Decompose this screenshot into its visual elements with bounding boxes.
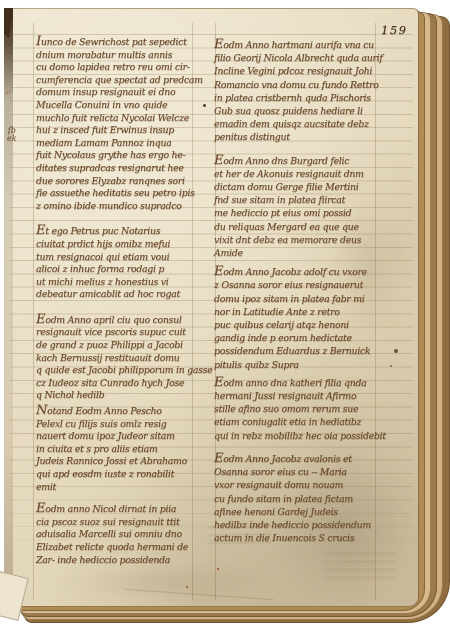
- ink-speck: [217, 568, 219, 570]
- manuscript-line: ciuitat prdict hijs omibz mefui: [36, 239, 208, 252]
- manuscript-line: Amide: [214, 247, 384, 260]
- folio-number: 159: [381, 23, 407, 37]
- ruled-vertical-line: [33, 23, 34, 600]
- manuscript-paragraph: Eodm anno Nicol dirnat in piiacia pscoz …: [36, 503, 208, 567]
- manuscript-line: cz Iudeoz sita Cunrado hych Jose: [36, 378, 208, 391]
- manuscript-line: z omino ibide mundico supradco: [36, 201, 208, 214]
- margin-annotation: ar: [5, 89, 12, 97]
- ink-speck: [186, 586, 188, 588]
- manuscript-line: vixit dnt debz ea memorare deus: [214, 234, 384, 247]
- manuscript-line: fnd sue sitam in platea fiircat: [214, 194, 384, 207]
- manuscript-line: gandig inde p eorum hedictate: [214, 332, 384, 345]
- manuscript-line: Eodm anno Nicol dirnat in piia: [36, 503, 208, 517]
- manuscript-line: Mucella Conuini in vno quide: [36, 100, 208, 113]
- manuscript-line: qui in rebz mobilibz hec oia possidebit: [214, 430, 384, 443]
- manuscript-line: alicoi z inhuc forma rodagi p: [36, 264, 208, 277]
- manuscript-line: ditates supradcas resignarut hee: [36, 163, 208, 176]
- manuscript-line: Et ego Petrus puc Notarius: [36, 225, 208, 239]
- manuscript-line: Eodm Anno hartmani aurifa vna cu: [214, 38, 384, 52]
- manuscript-paragraph: Notand Eodm Anno PeschoPelexl cu filijs …: [36, 405, 208, 494]
- manuscript-line: tum resignacoi qui etiam voui: [36, 252, 208, 265]
- parchment-crease: [124, 589, 274, 600]
- manuscript-line: actum in die Inuencois S crucis: [214, 532, 384, 545]
- manuscript-line: Notand Eodm Anno Pescho: [36, 405, 208, 419]
- manuscript-line: Gub sua quosz puidens hediare li: [214, 105, 384, 118]
- manuscript-line: Eodm anno dna katheri filia qnda: [214, 376, 384, 390]
- manuscript-line: de grand z puoz Philippi a Jacobi: [36, 340, 208, 353]
- manuscript-line: Romancio vna domu cu fundo Rettro: [214, 79, 384, 92]
- manuscript-line: du reliquas Mergard ea que que: [214, 221, 384, 234]
- manuscript-line: nauert domu ipoz Judeor sitam: [36, 431, 208, 444]
- margin-note-bottom: ek: [7, 135, 17, 143]
- manuscript-line: nor in Latitudie Ante z retro: [214, 306, 384, 319]
- manuscript-line: emadin dem quisqz aucsitate debz: [214, 118, 384, 131]
- manuscript-line: Elizabet relicte quoda hermani de: [36, 542, 208, 555]
- manuscript-paragraph: Eodm Anno Jacobz avalonis etOsanna soror…: [214, 452, 384, 545]
- manuscript-paragraph: Iunco de Sewrichost pat sepedictdnium mo…: [36, 36, 208, 213]
- manuscript-line: dictam domu Gerge filie Mertini: [214, 181, 384, 194]
- manuscript-line: emit: [36, 482, 208, 495]
- manuscript-line: hedilbz inde hediccio possidendum: [214, 519, 384, 532]
- margin-note: ſb ek: [7, 127, 17, 143]
- manuscript-line: et her de Akonuis resignauit dnm: [214, 168, 384, 181]
- manuscript-line: puc quibus celarij atqz henoni: [214, 319, 384, 332]
- manuscript-line: possidendum Eduardus z Bernuick: [214, 345, 384, 358]
- manuscript-line: q quide est Jacobi philipporum in gasse: [36, 365, 208, 378]
- manuscript-line: kach Bernussij restituauit domu: [36, 353, 208, 366]
- manuscript-line: Zar- inde hediccio possidenda: [36, 555, 208, 568]
- manuscript-line: due sorores Elyzabz ranqnes sori: [36, 176, 208, 189]
- ink-speck: [394, 349, 398, 353]
- manuscript-line: fie assuethe heditatis seu petro ipis: [36, 188, 208, 201]
- manuscript-column-left: Iunco de Sewrichost pat sepedictdnium mo…: [36, 9, 208, 567]
- manuscript-column-right: Eodm Anno hartmani aurifa vna cufilio Ge…: [214, 9, 384, 545]
- manuscript-line: stille afino suo omom rerum sue: [214, 403, 384, 416]
- manuscript-line: Incline Vegini pdcoz resignauit Johi: [214, 65, 384, 78]
- manuscript-page: 159 ſb ek ar Iunco de Sewrichost pat sep…: [4, 8, 419, 607]
- manuscript-line: in ciuita et s pro aliis etiam: [36, 444, 208, 457]
- manuscript-line: etiam coniugalit etia in hediatibz: [214, 416, 384, 429]
- manuscript-line: penitus distingut: [214, 131, 384, 144]
- manuscript-line: pitulis quibz Supra: [214, 359, 384, 372]
- manuscript-line: z Osanna soror eius resignauerut: [214, 279, 384, 292]
- manuscript-line: Pelexl cu filijs suis omlz resig: [36, 419, 208, 432]
- manuscript-line: mediam Lamam Pannoz inqua: [36, 138, 208, 151]
- manuscript-line: dnium morabatur multis annis: [36, 50, 208, 63]
- manuscript-line: ut michi melius z honestius vi: [36, 277, 208, 290]
- manuscript-line: cu fundo sitam in platea fictam: [214, 493, 384, 506]
- manuscript-line: Judeis Rannico Jossi et Abrahamo: [36, 456, 208, 469]
- manuscript-line: q Nichol hedilb: [36, 390, 208, 403]
- manuscript-line: resignauit vice pscoris supuc cuit: [36, 327, 208, 340]
- manuscript-line: hermani Jussi resignauit Afirmo: [214, 390, 384, 403]
- manuscript-line: Osanna soror eius cu -- Maria: [214, 466, 384, 479]
- manuscript-photo: 159 ſb ek ar Iunco de Sewrichost pat sep…: [0, 0, 450, 626]
- manuscript-line: afinee henoni Gardej Judeis: [214, 506, 384, 519]
- manuscript-paragraph: Eodm Anno Jacobz adolf cu vxorez Osanna …: [214, 265, 384, 372]
- manuscript-line: hui z insced fuit Erwinus insup: [36, 125, 208, 138]
- manuscript-line: aduisalia Marcelli sui omniu dno: [36, 529, 208, 542]
- manuscript-line: domu ipoz sitam in platea fabr mi: [214, 293, 384, 306]
- manuscript-line: debeatur amicablit ad hoc rogat: [36, 289, 208, 302]
- manuscript-line: vxor resignauit domu nouam: [214, 479, 384, 492]
- manuscript-paragraph: Eodm Anno dns Burgard felicet her de Ako…: [214, 154, 384, 261]
- manuscript-line: filio Georij Nicola Albrecht quda aurif: [214, 52, 384, 65]
- manuscript-line: cu domo lapidea retro reu omi cir-: [36, 62, 208, 75]
- manuscript-line: Eodm Anno Jacobz adolf cu vxore: [214, 265, 384, 279]
- manuscript-line: qui apd eosdm iuste z ronabilit: [36, 469, 208, 482]
- ink-speck: [390, 365, 392, 367]
- manuscript-line: Eodm Anno Jacobz avalonis et: [214, 452, 384, 466]
- manuscript-line: cia pscoz suoz sui resignauit ttit: [36, 517, 208, 530]
- manuscript-paragraph: Eodm Anno hartmani aurifa vna cufilio Ge…: [214, 38, 384, 145]
- manuscript-paragraph: Eodm Anno april ciu quo consulresignauit…: [36, 314, 208, 403]
- manuscript-line: me hediccio pt eius omi possid: [214, 207, 384, 220]
- parchment-stain: [59, 564, 269, 600]
- manuscript-line: Eodm Anno dns Burgard felic: [214, 154, 384, 168]
- manuscript-line: Eodm Anno april ciu quo consul: [36, 314, 208, 328]
- manuscript-line: in platea cristbernh quda Pischoris: [214, 92, 384, 105]
- manuscript-line: cumferencia que spectat ad predcam: [36, 75, 208, 88]
- manuscript-line: Iunco de Sewrichost pat sepedict: [36, 36, 208, 50]
- manuscript-line: muchlo fuit relicta Nycolai Welcze: [36, 113, 208, 126]
- manuscript-line: fuit Nycolaus grythe has ergo he-: [36, 150, 208, 163]
- ink-bleed-through: [322, 553, 396, 579]
- manuscript-line: domum insup resignauit ei dno: [36, 87, 208, 100]
- manuscript-paragraph: Eodm anno dna katheri filia qndahermani …: [214, 376, 384, 443]
- manuscript-paragraph: Et ego Petrus puc Notariusciuitat prdict…: [36, 225, 208, 302]
